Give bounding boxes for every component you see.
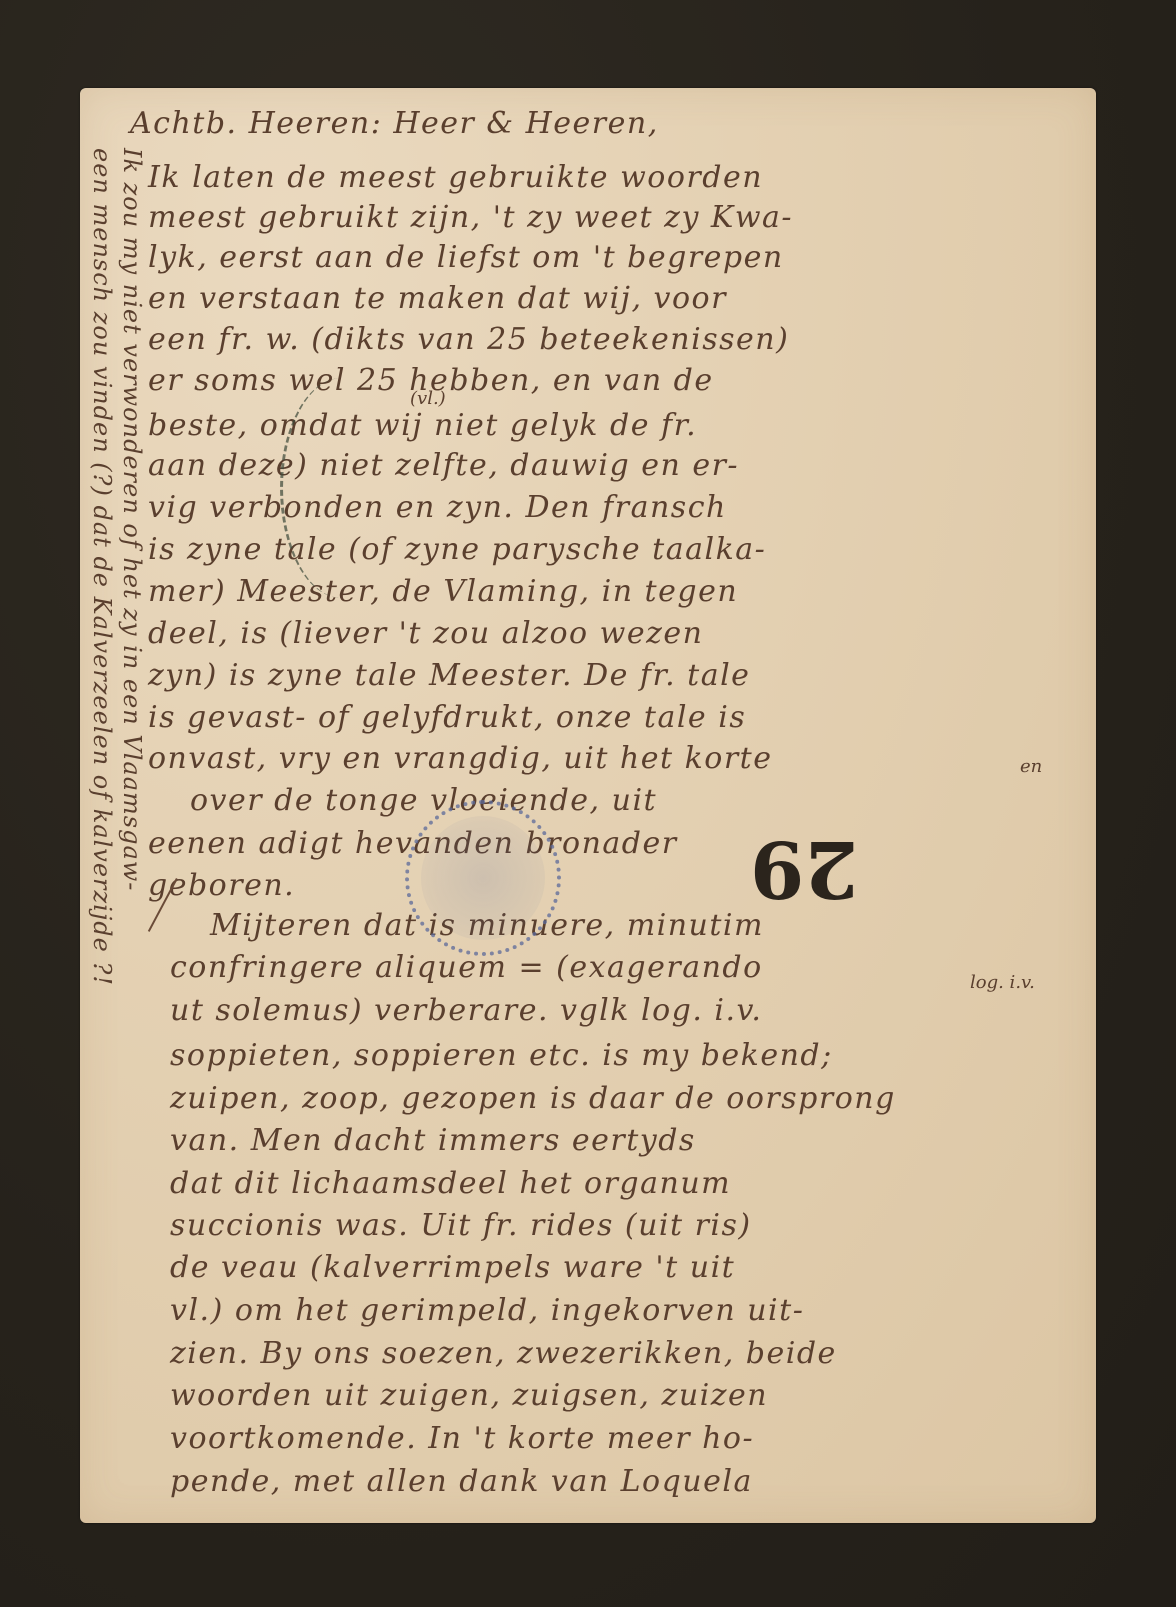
salutation: Achtb. Heeren: Heer & Heeren, xyxy=(130,106,659,142)
letter-line: is zyne tale (of zyne parysche taalka- xyxy=(148,532,766,568)
letter-line: over de tonge vloeiende, uit xyxy=(190,783,657,819)
partial-postmark-stamp xyxy=(280,378,403,598)
letter-line: van. Men dacht immers eertyds xyxy=(170,1123,696,1159)
interlinear-note: en xyxy=(1020,756,1042,777)
letter-line: zyn) is zyne tale Meester. De fr. tale xyxy=(148,658,750,694)
letter-line: zien. By ons soezen, zwezerikken, beide xyxy=(170,1336,837,1372)
margin-note: een mensch zou vinden (?) dat de Kalverz… xyxy=(88,148,116,986)
interlinear-note: (vl.) xyxy=(410,388,446,409)
letter-line: dat dit lichaamsdeel het organum xyxy=(170,1166,731,1202)
letter-line: is gevast- of gelyfdrukt, onze tale is xyxy=(148,700,746,736)
letter-line: woorden uit zuigen, zuigsen, zuizen xyxy=(170,1378,768,1414)
number-stamp: 29 xyxy=(750,823,859,914)
letter-line: ut solemus) verberare. vglk log. i.v. xyxy=(170,993,762,1029)
blue-postmark-stamp xyxy=(405,800,561,956)
letter-line: de veau (kalverrimpels ware 't uit xyxy=(170,1250,735,1286)
letter-line: deel, is (liever 't zou alzoo wezen xyxy=(148,616,703,652)
letter-line: succionis was. Uit fr. rides (uit ris) xyxy=(170,1208,752,1244)
postcard: Achtb. Heeren: Heer & Heeren, Ik laten d… xyxy=(80,88,1096,1523)
letter-line: voortkomende. In 't korte meer ho- xyxy=(170,1421,754,1457)
letter-line: lyk, eerst aan de liefst om 't begrepen xyxy=(148,240,784,276)
interlinear-note: log. i.v. xyxy=(970,972,1035,993)
letter-line: pende, met allen dank van Loquela xyxy=(170,1464,753,1500)
margin-note: Ik zou my niet verwonderen of het zy in … xyxy=(118,148,146,891)
letter-line: aan deze) niet zelfte, dauwig en er- xyxy=(148,448,739,484)
letter-line: geboren. xyxy=(148,868,295,904)
letter-line: mer) Meester, de Vlaming, in tegen xyxy=(148,574,738,610)
letter-line: confringere aliquem = (exagerando xyxy=(170,950,763,986)
postmark-center xyxy=(421,816,545,940)
letter-line: en verstaan te maken dat wij, voor xyxy=(148,281,727,317)
letter-line: soppieten, soppieren etc. is my bekend; xyxy=(170,1038,833,1074)
letter-line: zuipen, zoop, gezopen is daar de oorspro… xyxy=(170,1081,896,1117)
letter-line: vig verbonden en zyn. Den fransch xyxy=(148,490,727,526)
letter-line: Ik laten de meest gebruikte woorden xyxy=(148,160,763,196)
letter-line: onvast, vry en vrangdig, uit het korte xyxy=(148,741,772,777)
letter-line: meest gebruikt zijn, 't zy weet zy Kwa- xyxy=(148,200,793,236)
letter-line: beste, omdat wij niet gelyk de fr. xyxy=(148,408,697,444)
letter-line: een fr. w. (dikts van 25 beteekenissen) xyxy=(148,322,789,358)
letter-line: vl.) om het gerimpeld, ingekorven uit- xyxy=(170,1293,804,1329)
